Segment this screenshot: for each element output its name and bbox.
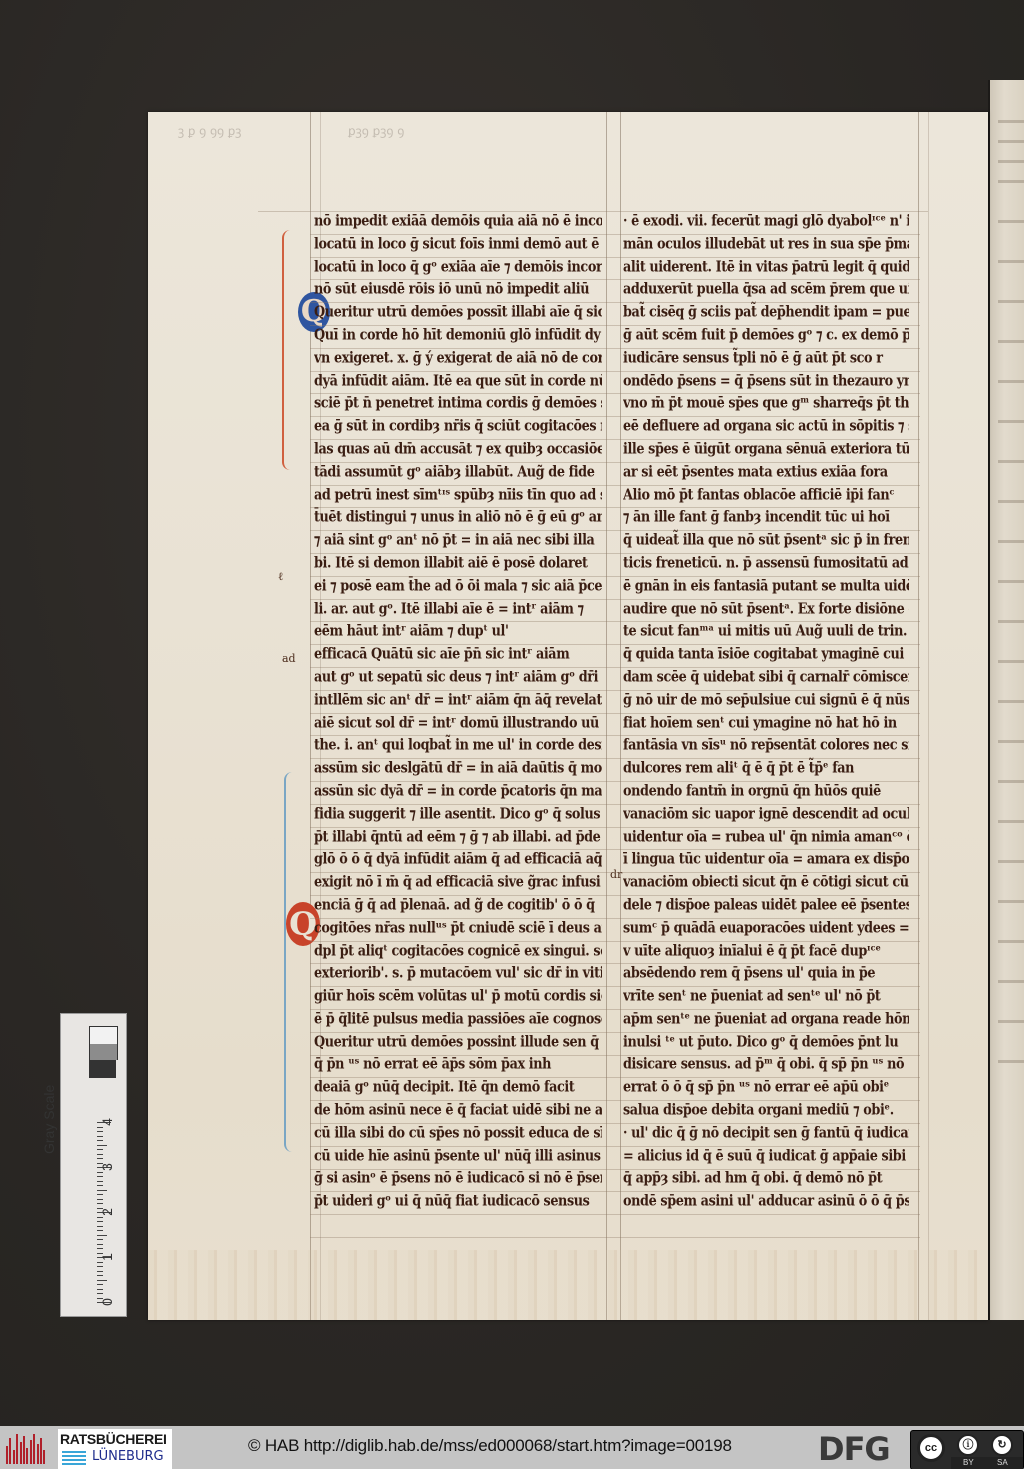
ruling-line: [310, 963, 920, 964]
ruling-line: [310, 804, 920, 805]
ruling-line: [310, 1237, 920, 1238]
copyright-link[interactable]: © HAB http://diglib.hab.de/mss/ed000068/…: [248, 1436, 732, 1456]
ruler-tick: [97, 1140, 103, 1141]
ruling-line: [310, 735, 920, 736]
cc-license-badge[interactable]: cc ⓘ ↻ BY SA: [910, 1430, 1024, 1469]
ruling-line: [310, 1009, 920, 1010]
ruling-line: [310, 1055, 920, 1056]
ruler-tick: [97, 1239, 103, 1240]
ruler-tick: [97, 1271, 103, 1272]
ruler-tick: [97, 1158, 103, 1159]
ruler-tick: [97, 1266, 103, 1267]
ruler-tick: [97, 1203, 103, 1204]
ruling-line: [310, 507, 920, 508]
manuscript-line: p̄t uideri gᵒ ui q̄ nūq̄ fiat iudicacō s…: [314, 1190, 602, 1216]
ruler-tick: [97, 1131, 103, 1132]
ruling-line: [918, 112, 919, 1320]
ruling-line: [310, 758, 920, 759]
ruler-tick: [97, 1185, 103, 1186]
ruling-line: [310, 325, 920, 326]
ruler-tick: [97, 1190, 107, 1191]
cc-icon: cc: [917, 1434, 945, 1462]
logo-text: LÜNEBURG: [92, 1449, 164, 1464]
ruling-line: [310, 576, 920, 577]
ruler-tick: [97, 1176, 103, 1177]
sa-label: SA: [997, 1458, 1008, 1467]
ruling-line: [310, 1169, 920, 1170]
gray-swatch-dark: [89, 1060, 116, 1078]
manuscript-line: ondē sp̄em asini ul' adducar asinū ō ō q…: [623, 1190, 909, 1216]
ratsbuecherei-logo[interactable]: RATSBÜCHEREI LÜNEBURG: [58, 1429, 172, 1469]
ruler-tick: [97, 1248, 103, 1249]
margin-note-dr: dr: [610, 868, 622, 881]
manuscript-line: cogitōes nr̄as nullᵘˢ p̄t cniudē sciē ī …: [314, 916, 602, 942]
ruler-tick: [97, 1199, 103, 1200]
gray-swatch-mid: [89, 1044, 118, 1060]
ruler-tick: [97, 1230, 103, 1231]
ruler-tick: [97, 1244, 103, 1245]
ruling-line: [310, 872, 920, 873]
faded-offset-text: ꝫ ꝑ ꝯ ꝯꝯ ꝑꝫ: [178, 122, 241, 139]
book-icon: [62, 1451, 86, 1467]
ruling-line: [310, 234, 920, 235]
ruling-line: [310, 918, 920, 919]
manuscript-line: fidia suggerit ⁊ ille asentit. Dico gᵒ q…: [314, 802, 602, 828]
ruling-line: [310, 416, 920, 417]
gray-scale-ruler: Gray Scale 01234: [60, 1013, 127, 1317]
gray-swatch-light: [89, 1026, 118, 1045]
ruler-tick: [97, 1289, 103, 1290]
ruling-line: [310, 781, 920, 782]
ruling-line: [310, 1077, 920, 1078]
manuscript-page: ꝫ ꝑ ꝯ ꝯꝯ ꝑꝫ ꝑꝫꝯ ꝑꝫꝯ ꝯ Q Q ℓ ad dr nō imp…: [148, 112, 988, 1320]
ruling-line: [310, 485, 920, 486]
ruling-line: [310, 553, 920, 554]
ruling-line: [310, 257, 920, 258]
margin-note-ad: ad: [282, 652, 296, 665]
facing-page-edge: [988, 80, 1024, 1320]
ruling-line: [310, 895, 920, 896]
ruling-line: [310, 302, 920, 303]
ruling-line: [310, 599, 920, 600]
blue-pen-flourish: [284, 772, 300, 1152]
ruling-line: [310, 1146, 920, 1147]
ruler-number: 3: [99, 1161, 115, 1173]
ruling-line: [310, 941, 920, 942]
ruling-line: [310, 462, 920, 463]
ruling-line: [310, 713, 920, 714]
ruler-tick: [97, 1181, 103, 1182]
red-pen-flourish: [282, 230, 298, 470]
ruling-line: [310, 849, 920, 850]
ruling-line: [310, 393, 920, 394]
ruling-line: [310, 690, 920, 691]
library-logo-bars-icon: [6, 1434, 48, 1464]
ruler-number: 4: [99, 1116, 115, 1128]
ruler-tick: [97, 1280, 107, 1281]
margin-note-mark: ℓ: [278, 570, 283, 583]
manuscript-line: sumᶜ p̄ quādā euaporacōes uident ydees =…: [623, 916, 909, 942]
ruling-line: [310, 827, 920, 828]
ruler-number: 1: [99, 1251, 115, 1263]
ruler-tick: [97, 1293, 103, 1294]
ruling-line: [310, 1123, 920, 1124]
logo-text: RATSBÜCHEREI: [60, 1431, 167, 1447]
ruling-line: [928, 112, 929, 1320]
ruling-line: [310, 986, 920, 987]
ruling-line: [310, 621, 920, 622]
ruling-line: [310, 279, 920, 280]
dfg-logo[interactable]: DFG: [818, 1430, 890, 1468]
gray-scale-label: Gray Scale: [67, 1114, 87, 1194]
ruling-line: [310, 667, 920, 668]
ruler-number: 0: [99, 1296, 115, 1308]
ruling-line: [310, 439, 920, 440]
ruling-line: [310, 530, 920, 531]
ruling-line: [310, 1100, 920, 1101]
ruling-line: [310, 644, 920, 645]
ruler-tick: [97, 1275, 103, 1276]
ruling-line: [310, 1032, 920, 1033]
footer-bar: RATSBÜCHEREI LÜNEBURG © HAB http://digli…: [0, 1426, 1024, 1469]
ruler-tick: [97, 1145, 107, 1146]
faded-offset-text: ꝑꝫꝯ ꝑꝫꝯ ꝯ: [348, 122, 404, 139]
manuscript-line: vanaciōm sic uapor ignē descendit ad ocu…: [623, 802, 909, 828]
ruler-tick: [97, 1149, 103, 1150]
ruler-tick: [97, 1221, 103, 1222]
ruler-tick: [97, 1136, 103, 1137]
share-alike-icon: ↻: [991, 1434, 1013, 1456]
attribution-icon: ⓘ: [957, 1434, 979, 1456]
ruler-tick: [97, 1235, 107, 1236]
ruling-line: [310, 1191, 920, 1192]
by-label: BY: [963, 1458, 974, 1467]
ruling-line: [606, 112, 607, 1320]
ruler-number: 2: [99, 1206, 115, 1218]
ruling-line: [310, 1214, 920, 1215]
ruling-line: [620, 112, 621, 1320]
ruler-tick: [97, 1194, 103, 1195]
ruler-tick: [97, 1226, 103, 1227]
ruler-tick: [97, 1154, 103, 1155]
ruler-tick: [97, 1284, 103, 1285]
ruling-line: [310, 348, 920, 349]
ruling-line: [310, 371, 920, 372]
